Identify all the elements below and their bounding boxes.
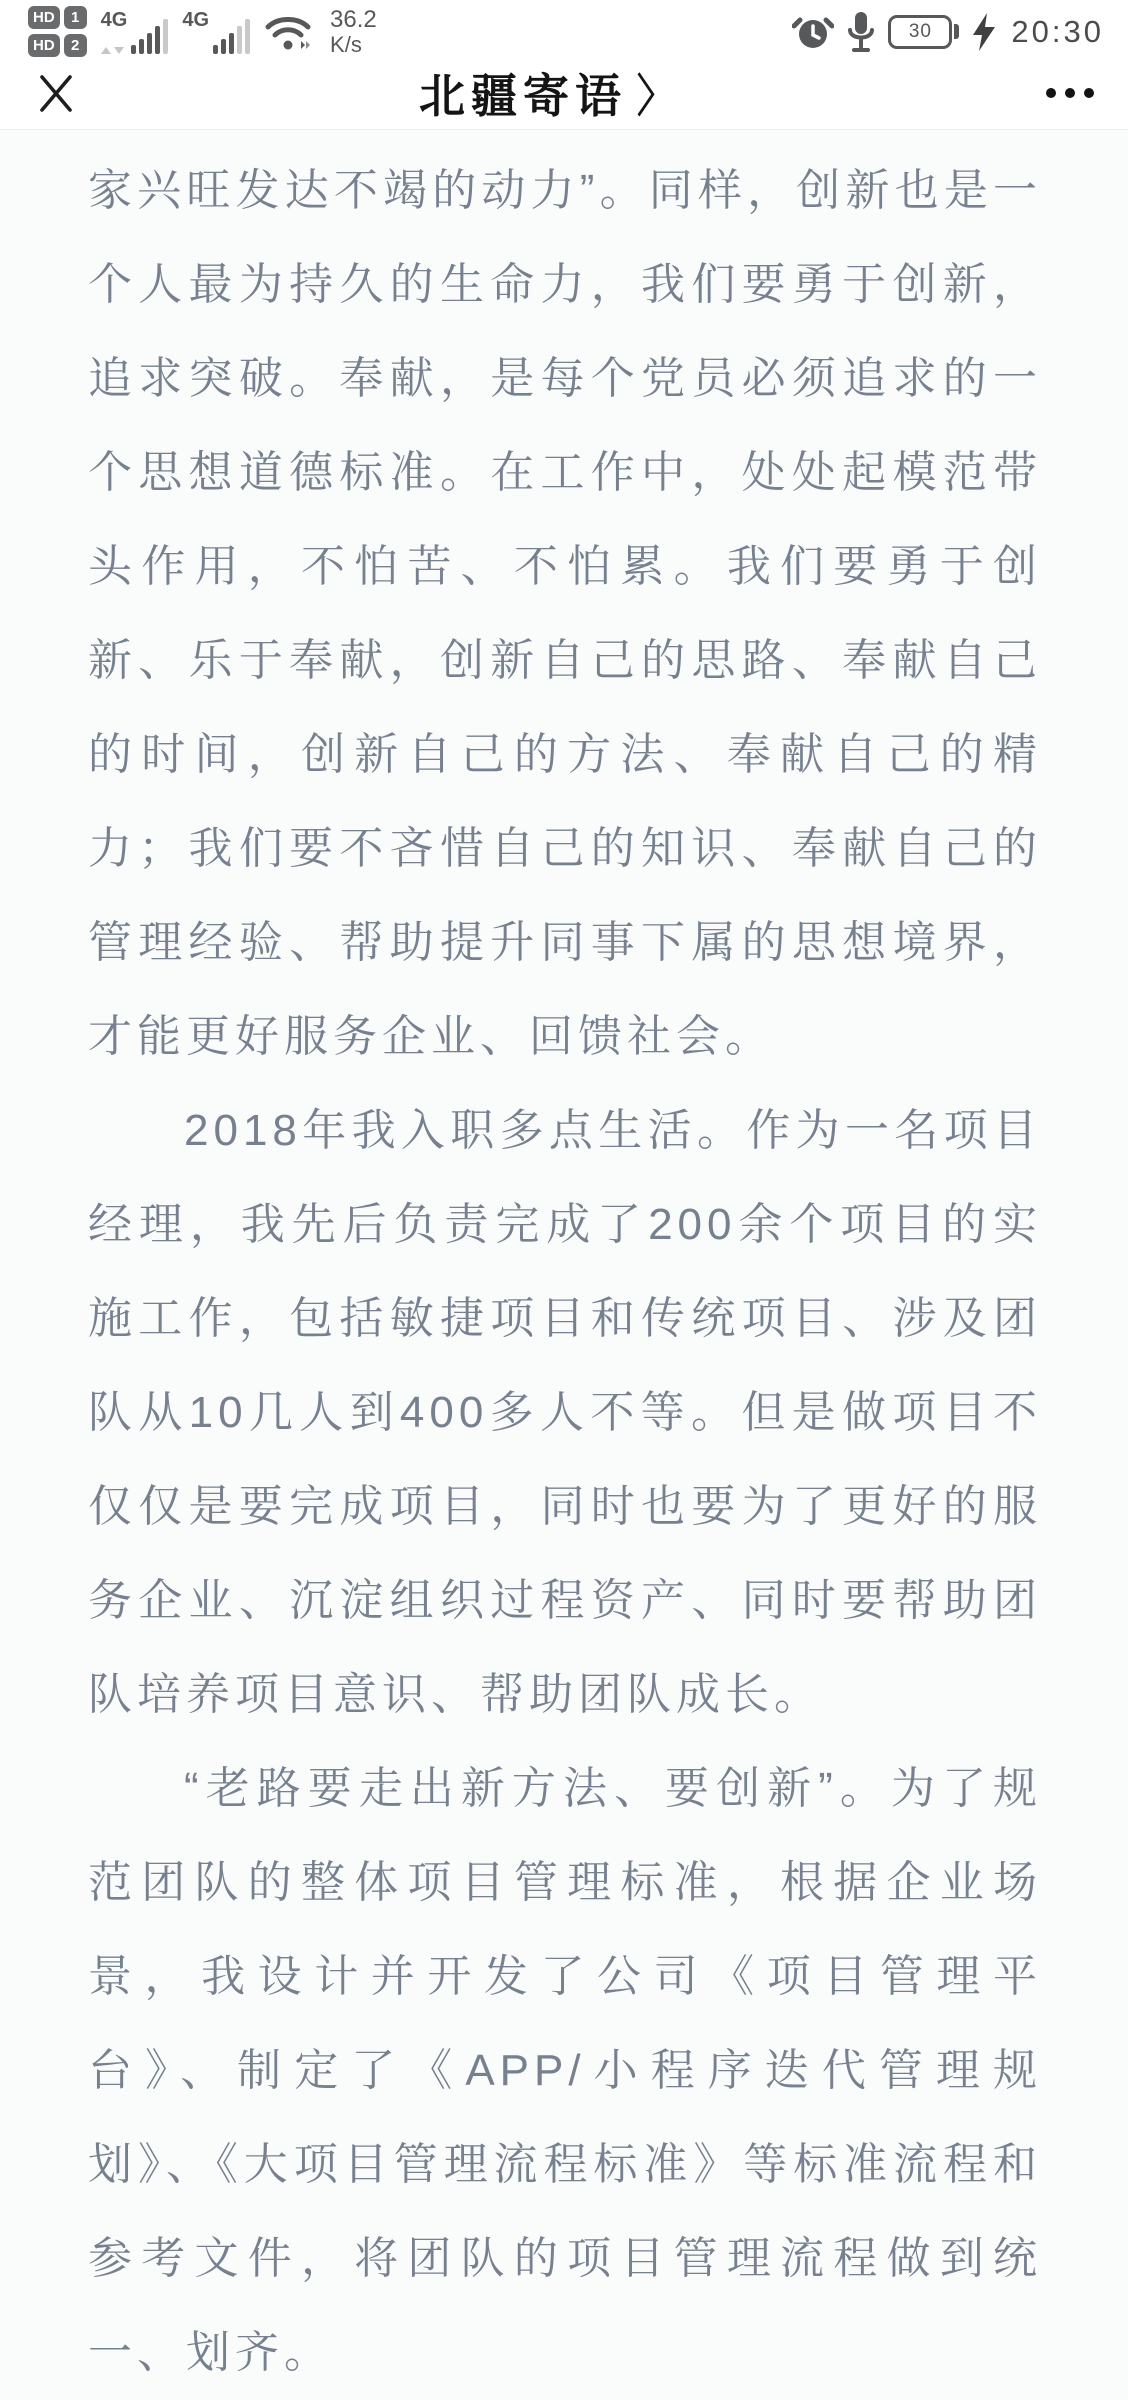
clock-time: 20:30 (1011, 14, 1104, 50)
alarm-icon (792, 11, 834, 53)
hd-volte-badges: HD 1 HD 2 (28, 6, 87, 57)
sim1-number-badge: 1 (64, 6, 87, 29)
sim2-network-label: 4G (182, 10, 209, 30)
signal-bar (237, 26, 242, 54)
paragraph: 家兴旺发达不竭的动力”。同样，创新也是一个人最为持久的生命力，我们要勇于创新，追… (88, 144, 1042, 1084)
page-title: 北疆寄语 (419, 60, 627, 126)
signal-bars-icon (213, 18, 250, 54)
network-speed: 36.2 K/s (330, 7, 377, 55)
sim1-network-label: 4G (101, 10, 128, 30)
battery-cluster: 30 (888, 15, 959, 49)
sim2-signal: 4G (182, 10, 250, 54)
hd-icon: HD (28, 6, 60, 29)
data-transfer-arrows-icon (101, 47, 124, 54)
speed-unit: K/s (330, 33, 362, 56)
hd-icon: HD (28, 34, 60, 57)
speed-value: 36.2 (330, 7, 377, 32)
more-menu-button[interactable] (1014, 71, 1094, 115)
wifi-cluster (264, 11, 316, 53)
battery-level: 30 (909, 21, 932, 43)
close-button[interactable] (34, 71, 78, 115)
paragraph: 2018年我入职多点生活。作为一名项目经理，我先后负责完成了200余个项目的实施… (88, 1084, 1042, 1742)
signal-bar (131, 45, 136, 54)
reader-screen: HD 1 HD 2 4G (0, 0, 1128, 2400)
signal-bar (155, 26, 160, 54)
hd1-badge: HD 1 (28, 6, 87, 29)
chevron-right-icon: 〉 (637, 61, 673, 125)
reader-header: 北疆寄语 〉 (0, 57, 1128, 130)
hd2-badge: HD 2 (28, 34, 87, 57)
microphone-icon (846, 10, 876, 54)
wifi-icon (264, 11, 316, 53)
signal-bar (139, 39, 144, 54)
sim2-meta: 4G (182, 10, 209, 54)
battery-nub (954, 24, 959, 39)
sim1-meta: 4G (101, 10, 128, 54)
signal-bar (163, 19, 168, 54)
sim1-signal: 4G (101, 10, 169, 54)
signal-bar (245, 19, 250, 54)
battery-icon: 30 (888, 15, 952, 49)
chapter-title-button[interactable]: 北疆寄语 〉 (78, 60, 1014, 126)
signal-bar (213, 45, 218, 54)
more-dot-icon (1084, 88, 1094, 98)
upload-arrow-icon (101, 47, 111, 54)
status-right-cluster: 30 20:30 (792, 10, 1104, 54)
more-dot-icon (1046, 88, 1056, 98)
download-arrow-icon (114, 47, 124, 54)
paragraph: “老路要走出新方法、要创新”。为了规范团队的整体项目管理标准，根据企业场景，我设… (88, 1742, 1042, 2400)
status-bar: HD 1 HD 2 4G (0, 0, 1128, 57)
signal-bars-icon (131, 18, 168, 54)
sim2-number-badge: 2 (64, 34, 87, 57)
charging-bolt-icon (971, 11, 997, 53)
signal-bar (221, 39, 226, 54)
more-dot-icon (1065, 88, 1075, 98)
close-icon (36, 73, 76, 113)
reading-page[interactable]: 家兴旺发达不竭的动力”。同样，创新也是一个人最为持久的生命力，我们要勇于创新，追… (0, 130, 1128, 2400)
status-left-cluster: HD 1 HD 2 4G (28, 6, 377, 57)
signal-bar (229, 33, 234, 54)
signal-bar (147, 33, 152, 54)
